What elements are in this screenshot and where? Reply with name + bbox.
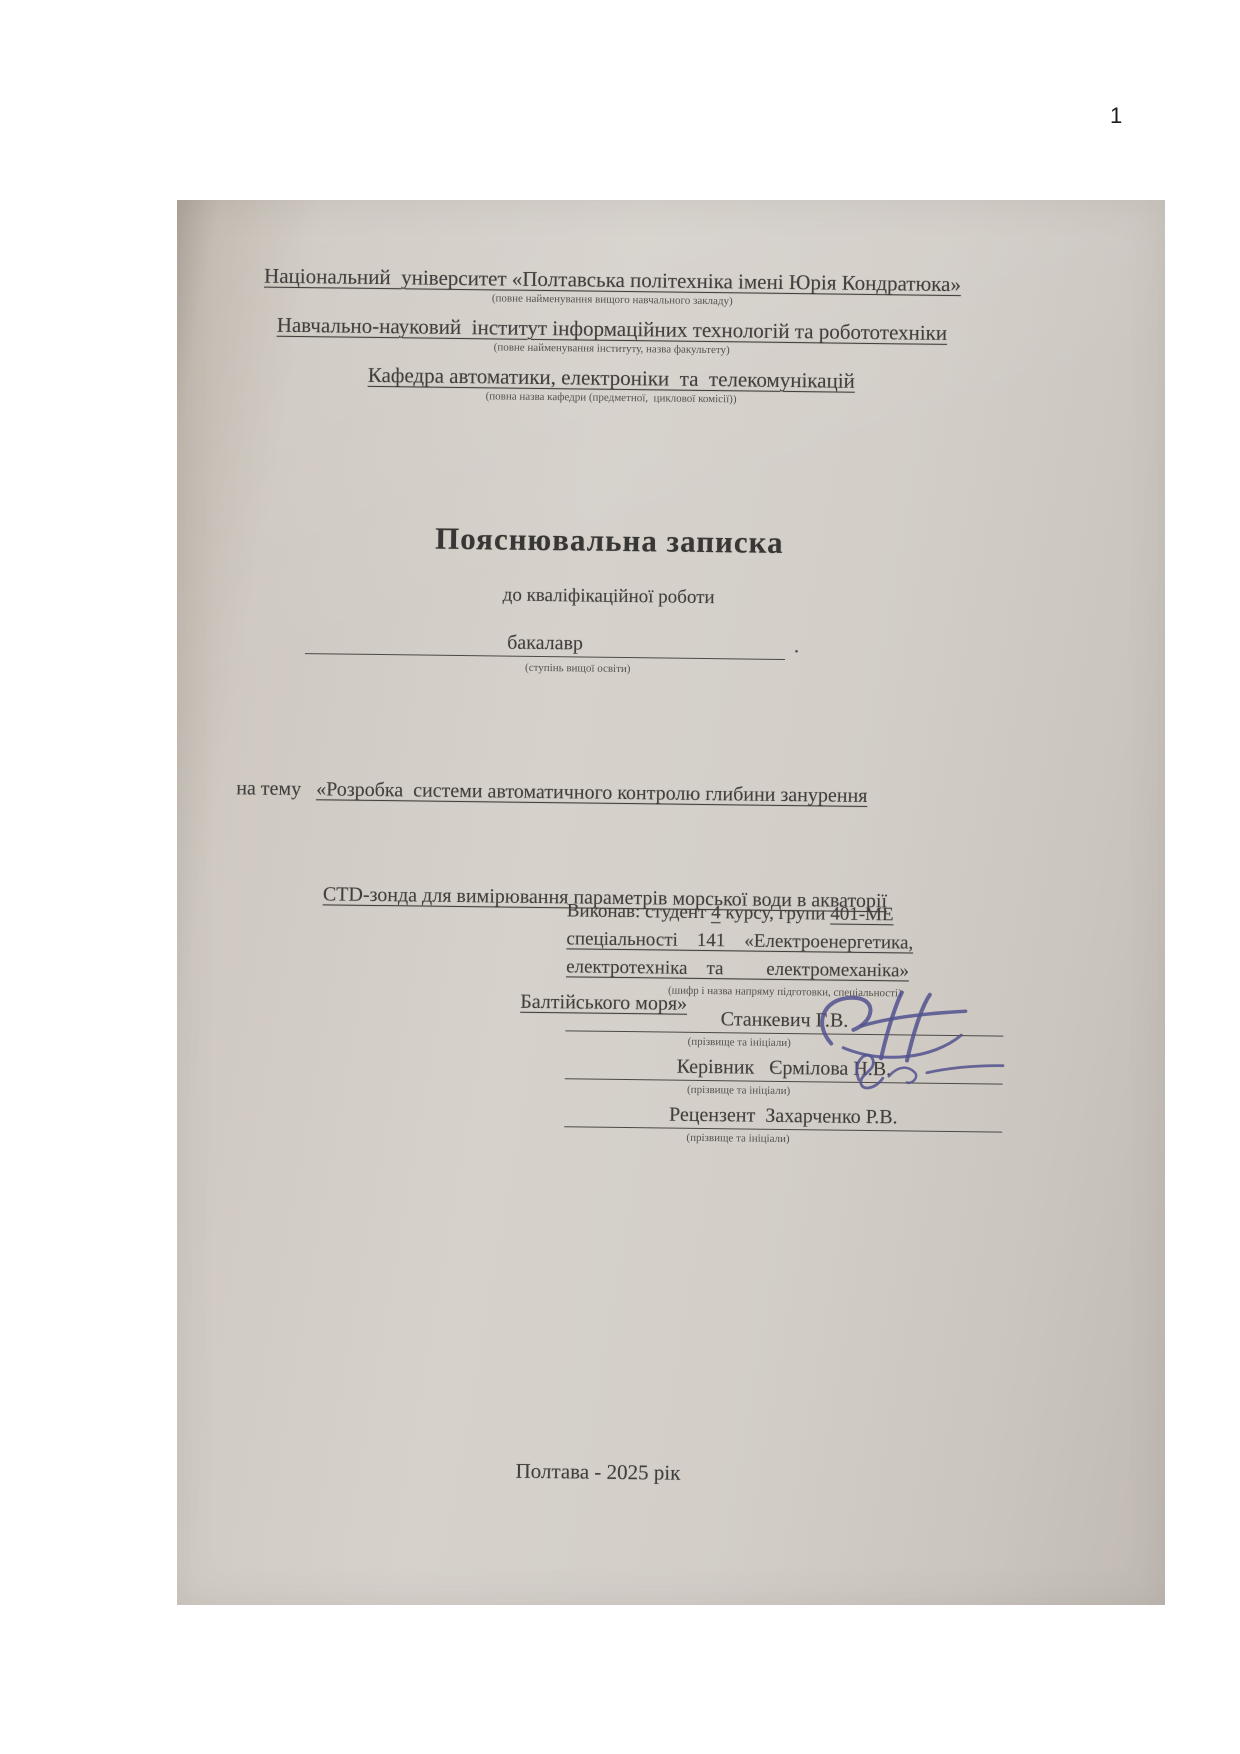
theme-label: на тему: [236, 777, 316, 800]
header-block: Національний університет «Полтавська пол…: [177, 200, 1049, 410]
executor-specialty-1: спеціальності 141 «Електроенергетика,: [566, 928, 913, 953]
student-name-caption: (прізвище та ініціали): [565, 1033, 1003, 1052]
scanned-document-page: 1 Національний університет «Полтавська п…: [0, 0, 1240, 1754]
signature-row-supervisor: Керівник Єрмілова Н.В. (прізвище та ініц…: [565, 1052, 1003, 1100]
title-page-content: Національний університет «Полтавська пол…: [177, 200, 1049, 1605]
theme-line-1: на тему «Розробка системи автоматичного …: [236, 771, 1042, 816]
executor-group: 401-МЕ: [830, 904, 894, 926]
city-year: Полтава - 2025 рік: [177, 1454, 1034, 1490]
executor-specialty-2: електротехніка та електромеханіка»: [566, 956, 909, 981]
executor-line-3: електротехніка та електромеханіка»: [566, 953, 1004, 986]
executor-prefix: Виконав: студент: [567, 900, 712, 923]
student-name: Станкевич Г.В.: [565, 1004, 1003, 1036]
degree-trailing-dot: .: [794, 635, 799, 658]
reviewer-name: Рецензент Захарченко Р.В.: [564, 1100, 1002, 1132]
signature-row-student: Станкевич Г.В. (прізвище та ініціали): [565, 1004, 1003, 1052]
theme-title-part-1: «Розробка системи автоматичного контролю…: [316, 778, 868, 807]
document-subtitle: до кваліфікаційної роботи: [177, 580, 1045, 613]
executor-course: 4: [711, 902, 721, 923]
page-number: 1: [1110, 103, 1122, 129]
document-title: Пояснювальна записка: [177, 517, 1046, 564]
signatures-block: Станкевич Г.В. (прізвище та ініціали) Ке…: [564, 1004, 1004, 1153]
reviewer-name-caption: (прізвище та ініціали): [564, 1129, 1002, 1148]
photographed-title-page: Національний університет «Полтавська пол…: [177, 200, 1165, 1605]
supervisor-name-caption: (прізвище та ініціали): [565, 1081, 1003, 1100]
signature-row-reviewer: Рецензент Захарченко Р.В. (прізвище та і…: [564, 1100, 1002, 1148]
degree-value: бакалавр: [305, 629, 785, 660]
executor-mid: курсу, групи: [721, 902, 831, 924]
executor-block: Виконав: студент 4 курсу, групи 401-МЕ с…: [566, 897, 1005, 1001]
supervisor-name: Керівник Єрмілова Н.В.: [565, 1052, 1003, 1084]
